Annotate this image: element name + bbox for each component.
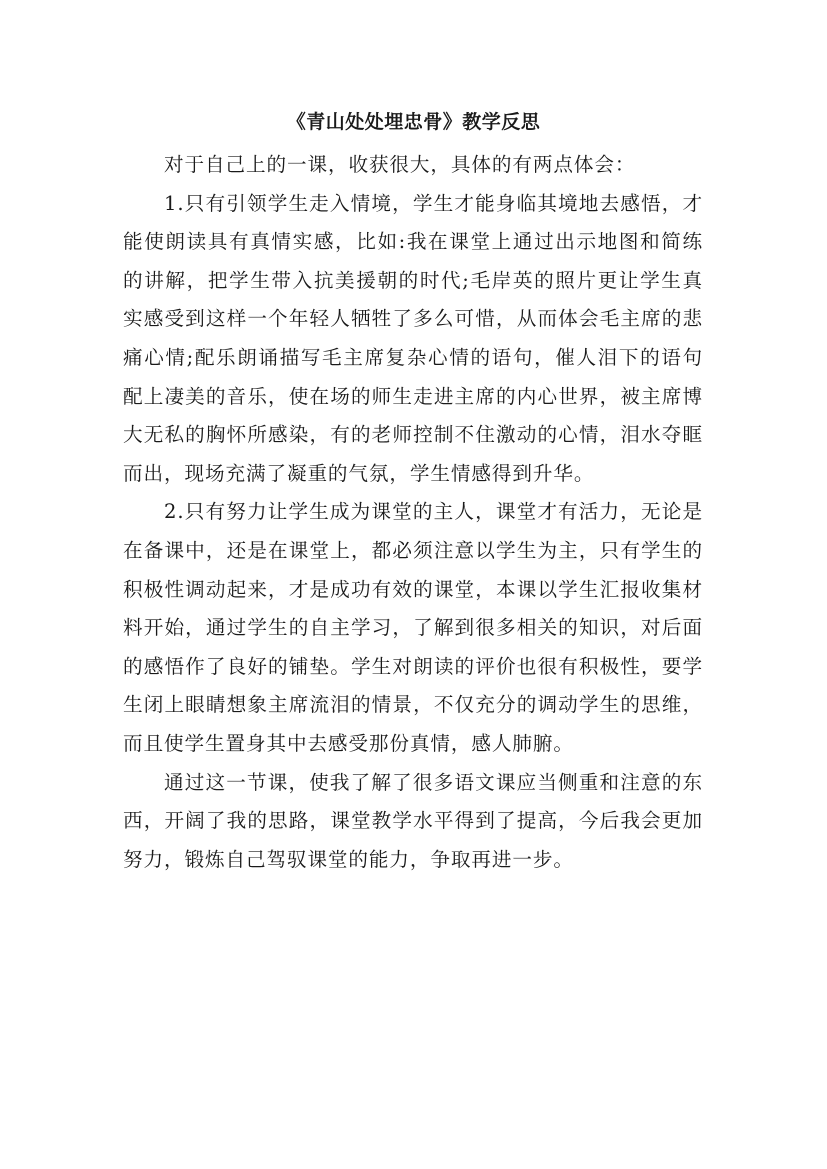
document-body: 对于自己上的一课，收获很大，具体的有两点体会： 1.只有引领学生走入情境，学生才… xyxy=(123,146,703,879)
conclusion-paragraph: 通过这一节课，使我了解了很多语文课应当侧重和注意的东西，开阔了我的思路，课堂教学… xyxy=(123,764,703,880)
document-title: 《青山处处埋忠骨》教学反思 xyxy=(0,108,827,136)
point-two-paragraph: 2.只有努力让学生成为课堂的主人，课堂才有活力，无论是在备课中，还是在课堂上，都… xyxy=(123,493,703,763)
document-page: 《青山处处埋忠骨》教学反思 对于自己上的一课，收获很大，具体的有两点体会： 1.… xyxy=(0,0,827,1169)
point-one-paragraph: 1.只有引领学生走入情境，学生才能身临其境地去感悟，才能使朗读具有真情实感，比如… xyxy=(123,185,703,494)
intro-paragraph: 对于自己上的一课，收获很大，具体的有两点体会： xyxy=(123,146,703,185)
